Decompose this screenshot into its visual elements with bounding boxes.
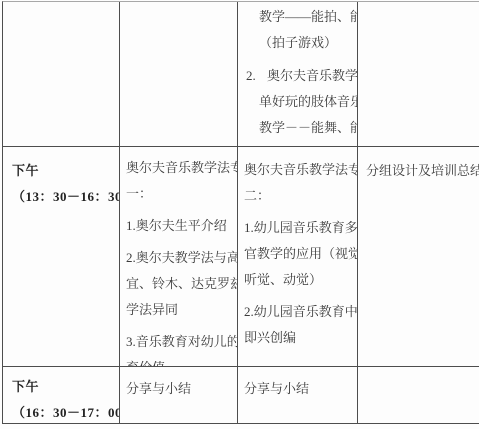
cell-r3-c1-session-time: 下午 （16：30－17：00）: [3, 367, 120, 424]
text-line: 1.奥尔夫生平介绍: [126, 213, 235, 239]
cell-r1-c1: [3, 2, 120, 147]
text-line: 育价值: [126, 355, 235, 367]
session-label: 下午: [12, 374, 117, 400]
text-line: 教学——能拍、能唱: [245, 4, 355, 30]
cell-r1-c2: [120, 2, 238, 147]
text-line: 单好玩的肢体音乐: [259, 89, 355, 115]
session-time: （16：30－17：00）: [12, 400, 117, 424]
topic-title-line: 奥尔夫音乐教学法专题: [126, 155, 235, 181]
cell-r1-c4: [358, 2, 479, 147]
topic-title-line: 奥尔夫音乐教学法专题: [244, 157, 355, 183]
text-line: 宜、铃木、达克罗兹教: [126, 271, 235, 297]
text-line: 即兴创编: [244, 325, 355, 351]
text-line: 2.奥尔夫教学法与高大: [126, 245, 235, 271]
cell-r2-c1-session-time: 下午 （13：30－16：30）: [3, 147, 120, 367]
schedule-table: 教学——能拍、能唱 （拍子游戏） 2. 奥尔夫音乐教学简 单好玩的肢体音乐 教学…: [2, 1, 479, 424]
list-marker: 2.: [246, 63, 256, 89]
text-line: 2.幼儿园音乐教育中的: [244, 299, 355, 325]
topic-title-line: 二：: [244, 183, 355, 209]
cell-r3-c2-sharing: 分享与小结: [120, 367, 238, 424]
text-line: 学法异同: [126, 297, 235, 323]
text-line: 分享与小结: [126, 376, 235, 402]
topic-title-line: 一：: [126, 181, 235, 207]
cell-r3-c4: [358, 367, 479, 424]
cell-r2-c4-summary: 分组设计及培训总结: [358, 147, 479, 367]
session-label: 下午: [12, 158, 117, 184]
text-line: 分享与小结: [244, 376, 355, 402]
text-line: 奥尔夫音乐教学简: [259, 63, 355, 89]
cell-r1-c3: 教学——能拍、能唱 （拍子游戏） 2. 奥尔夫音乐教学简 单好玩的肢体音乐 教学…: [238, 2, 358, 147]
text-line: 分组设计及培训总结: [366, 158, 478, 184]
text-line: 1.幼儿园音乐教育多感: [244, 215, 355, 241]
text-line: 官教学的应用（视觉、: [244, 241, 355, 267]
text-line: 听觉、动觉）: [244, 267, 355, 293]
text-line: （拍子游戏）: [245, 30, 355, 56]
cell-r2-c3-topic-two: 奥尔夫音乐教学法专题 二： 1.幼儿园音乐教育多感 官教学的应用（视觉、 听觉、…: [238, 147, 358, 367]
list-item-2: 2. 奥尔夫音乐教学简 单好玩的肢体音乐 教学－－能舞、能奏 （拍子游戏）: [245, 63, 355, 147]
cell-r3-c3-sharing: 分享与小结: [238, 367, 358, 424]
text-line: 教学－－能舞、能奏: [259, 115, 355, 141]
session-time: （13：30－16：30）: [12, 184, 117, 210]
cell-r2-c2-topic-one: 奥尔夫音乐教学法专题 一： 1.奥尔夫生平介绍 2.奥尔夫教学法与高大 宜、铃木…: [120, 147, 238, 367]
text-line: 3.音乐教育对幼儿的教: [126, 329, 235, 355]
